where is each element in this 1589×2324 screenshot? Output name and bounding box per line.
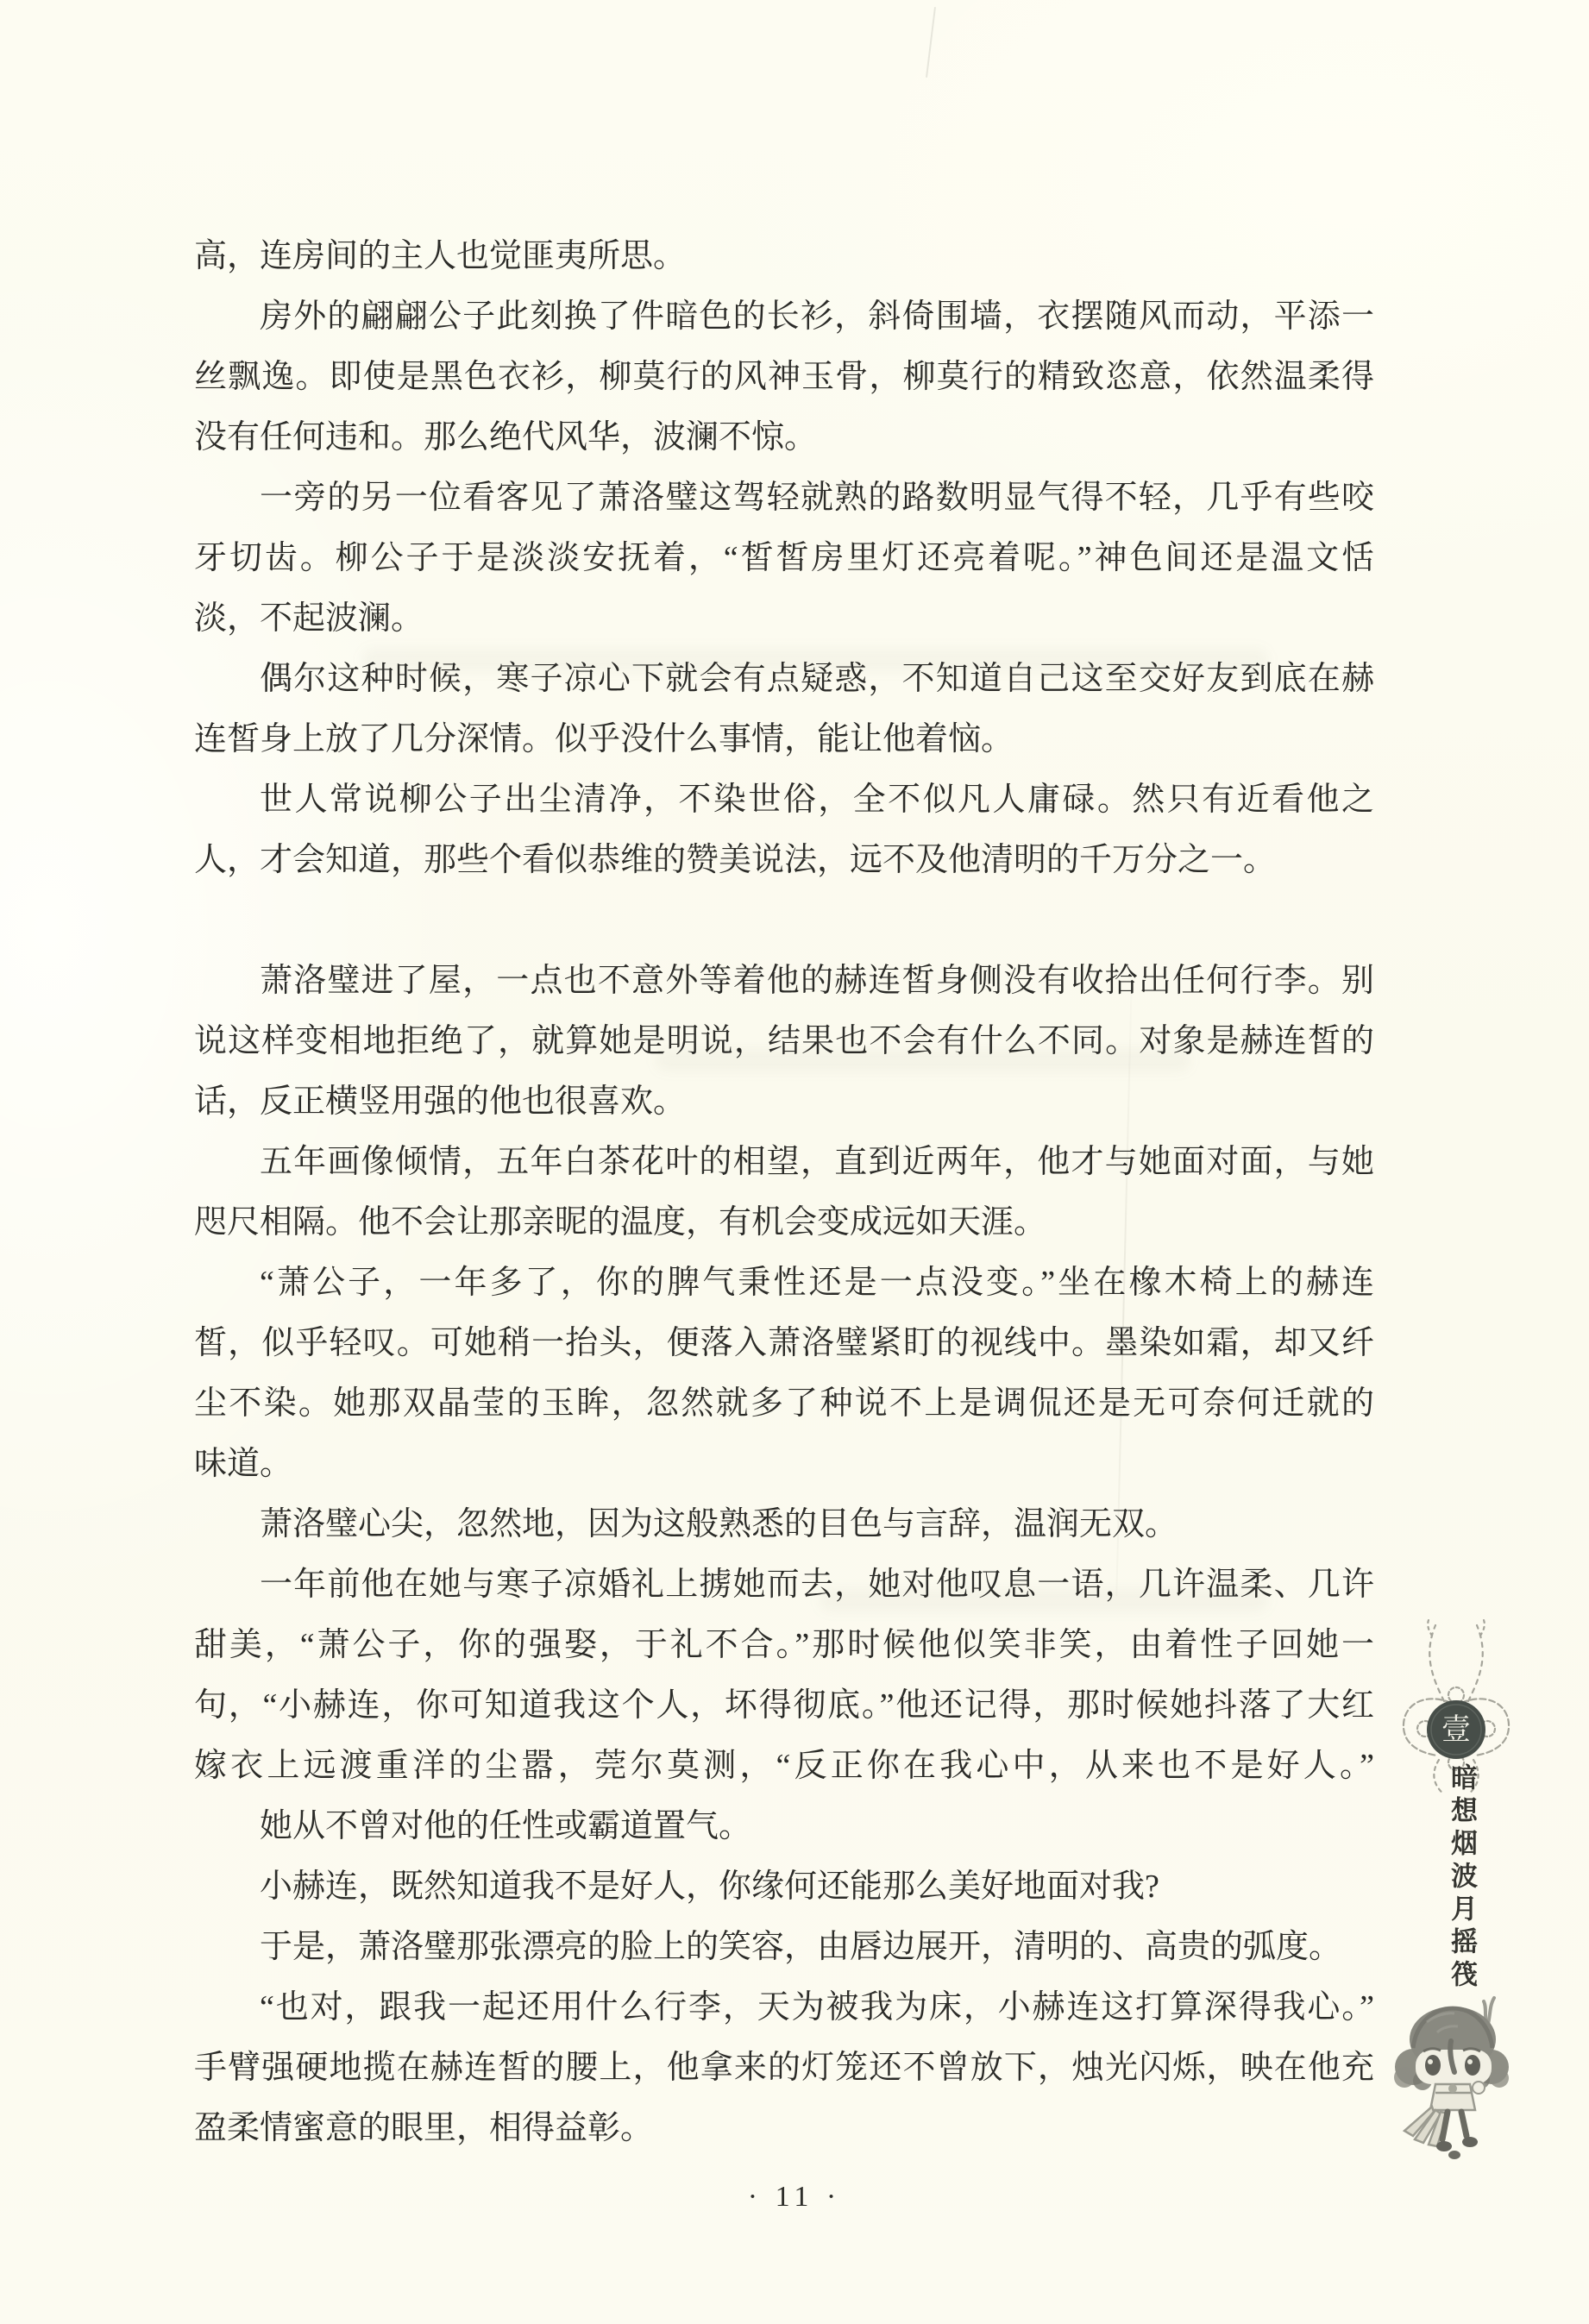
- text-line: 没有任何违和。那么绝代风华，波澜不惊。: [194, 407, 1374, 468]
- text-section: 高，连房间的主人也觉匪夷所思。房外的翩翩公子此刻换了件暗色的长衫，斜倚围墙，衣摆…: [194, 226, 1374, 890]
- text-line: 甜美，“萧公子，你的强娶，于礼不合。”那时候他似笑非笑，由着性子回她一: [194, 1615, 1374, 1675]
- text-line: 手臂强硬地揽在赫连皙的腰上，他拿来的灯笼还不曾放下，烛光闪烁，映在他充: [194, 2038, 1374, 2098]
- text-line: 话，反正横竖用强的他也很喜欢。: [194, 1071, 1374, 1132]
- text-line: 世人常说柳公子出尘清净，不染世俗，全不似凡人庸碌。然只有近看他之: [194, 769, 1374, 830]
- text-line: 于是，萧洛璧那张漂亮的脸上的笑容，由唇边展开，清明的、高贵的弧度。: [194, 1917, 1374, 1977]
- text-line: 五年画像倾情，五年白茶花叶的相望，直到近两年，他才与她面对面，与她: [194, 1132, 1374, 1192]
- text-line: 皙，似乎轻叹。可她稍一抬头，便落入萧洛璧紧盯的视线中。墨染如霜，却又纤: [194, 1313, 1374, 1373]
- text-line: 萧洛璧进了屋，一点也不意外等着他的赫连皙身侧没有收拾出任何行李。别: [194, 951, 1374, 1011]
- body-text-column: 高，连房间的主人也觉匪夷所思。房外的翩翩公子此刻换了件暗色的长衫，斜倚围墙，衣摆…: [194, 226, 1374, 2158]
- text-line: 高，连房间的主人也觉匪夷所思。: [194, 226, 1374, 286]
- text-line: 嫁衣上远渡重洋的尘嚣，莞尔莫测，“反正你在我心中，从来也不是好人。”: [194, 1736, 1374, 1796]
- text-line: 人，才会知道，那些个看似恭维的赞美说法，远不及他清明的千万分之一。: [194, 830, 1374, 890]
- text-line: 一年前他在她与寒子凉婚礼上掳她而去，她对他叹息一语，几许温柔、几许: [194, 1555, 1374, 1615]
- text-line: 咫尺相隔。他不会让那亲昵的温度，有机会变成远如天涯。: [194, 1192, 1374, 1253]
- text-line: “萧公子，一年多了，你的脾气秉性还是一点没变。”坐在橡木椅上的赫连: [194, 1253, 1374, 1313]
- text-line: 萧洛璧心尖，忽然地，因为这般熟悉的目色与言辞，温润无双。: [194, 1494, 1374, 1555]
- text-line: 淡，不起波澜。: [194, 588, 1374, 649]
- chapter-title-vertical: 暗想烟波月摇筏: [1442, 1763, 1481, 1993]
- chibi-girl-illustration: [1387, 1991, 1517, 2164]
- text-line: 盈柔情蜜意的眼里，相得益彰。: [194, 2098, 1374, 2158]
- text-section: 萧洛璧进了屋，一点也不意外等着他的赫连皙身侧没有收拾出任何行李。别说这样变相地拒…: [194, 951, 1374, 2158]
- text-line: 她从不曾对他的任性或霸道置气。: [194, 1796, 1374, 1856]
- text-line: 句，“小赫连，你可知道我这个人，坏得彻底。”他还记得，那时候她抖落了大红: [194, 1675, 1374, 1736]
- text-line: 味道。: [194, 1434, 1374, 1494]
- text-line: 偶尔这种时候，寒子凉心下就会有点疑惑，不知道自己这至交好友到底在赫: [194, 649, 1374, 709]
- text-line: 说这样变相地拒绝了，就算她是明说，结果也不会有什么不同。对象是赫连皙的: [194, 1011, 1374, 1071]
- text-line: “也对，跟我一起还用什么行李，天为被我为床，小赫连这打算深得我心。”: [194, 1977, 1374, 2038]
- chapter-number: 壹: [1427, 1702, 1485, 1757]
- text-line: 牙切齿。柳公子于是淡淡安抚着，“皙皙房里灯还亮着呢。”神色间还是温文恬: [194, 528, 1374, 588]
- scanned-book-page: 高，连房间的主人也觉匪夷所思。房外的翩翩公子此刻换了件暗色的长衫，斜倚围墙，衣摆…: [0, 0, 1589, 2324]
- text-line: 连皙身上放了几分深情。似乎没什么事情，能让他着恼。: [194, 709, 1374, 769]
- page-number: · 11 ·: [0, 2181, 1589, 2214]
- scan-scratch: [926, 7, 936, 78]
- text-line: 尘不染。她那双晶莹的玉眸，忽然就多了种说不上是调侃还是无可奈何迁就的: [194, 1373, 1374, 1434]
- text-line: 房外的翩翩公子此刻换了件暗色的长衫，斜倚围墙，衣摆随风而动，平添一: [194, 286, 1374, 347]
- text-line: 丝飘逸。即使是黑色衣衫，柳莫行的风神玉骨，柳莫行的精致恣意，依然温柔得: [194, 347, 1374, 407]
- text-line: 小赫连，既然知道我不是好人，你缘何还能那么美好地面对我?: [194, 1856, 1374, 1917]
- text-line: 一旁的另一位看客见了萧洛璧这驾轻就熟的路数明显气得不轻，几乎有些咬: [194, 468, 1374, 528]
